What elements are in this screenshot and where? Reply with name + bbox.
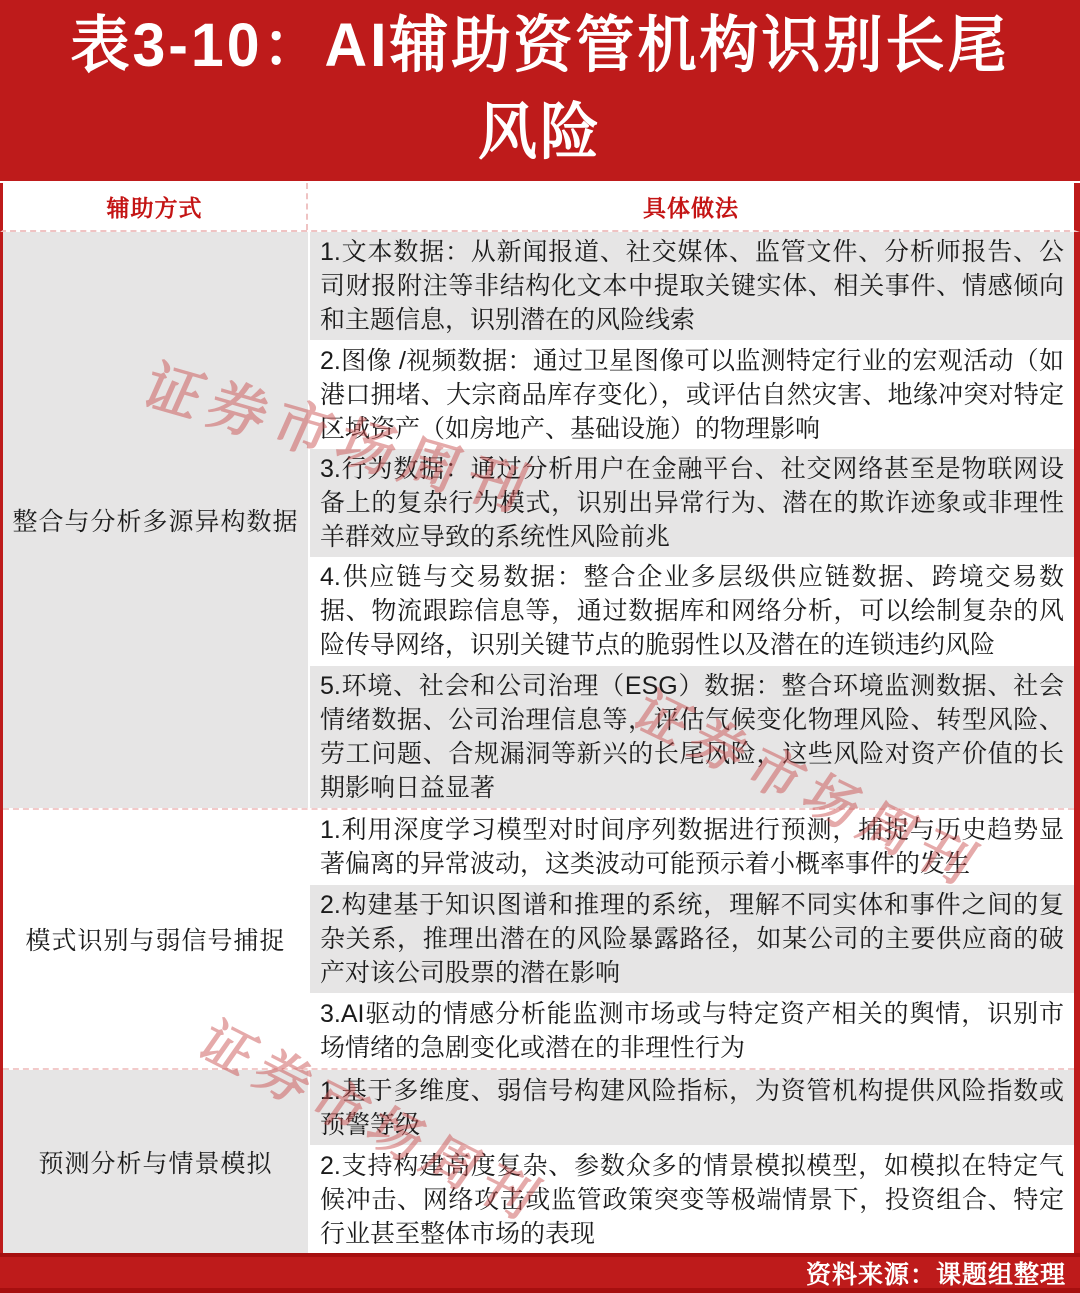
practice-row: 4.供应链与交易数据：整合企业多层级供应链数据、跨境交易数据、物流跟踪信息等，通… [310, 557, 1074, 665]
practice-text: 1.基于多维度、弱信号构建风险指标，为资管机构提供风险指数或预警等级 [320, 1074, 1064, 1142]
practice-row: 2.支持构建高度复杂、参数众多的情景模拟模型，如模拟在特定气候冲击、网络攻击或监… [310, 1145, 1074, 1254]
table-figure: 表3-10：AI辅助资管机构识别长尾 风险 辅助方式 具体做法 整合与分析多源异… [0, 0, 1080, 1293]
practice-row: 3.行为数据：通过分析用户在金融平台、社交网络甚至是物联网设备上的复杂行为模式，… [310, 449, 1074, 557]
practice-row: 1.利用深度学习模型对时间序列数据进行预测，捕捉与历史趋势显著偏离的异常波动，这… [310, 810, 1074, 885]
table-group: 模式识别与弱信号捕捉 1.利用深度学习模型对时间序列数据进行预测，捕捉与历史趋势… [3, 808, 1074, 1068]
practice-text: 2.图像 /视频数据：通过卫星图像可以监测特定行业的宏观活动（如港口拥堵、大宗商… [320, 344, 1064, 446]
practice-rows: 1.基于多维度、弱信号构建风险指标，为资管机构提供风险指数或预警等级2.支持构建… [308, 1070, 1074, 1254]
table-body: 整合与分析多源异构数据 1.文本数据：从新闻报道、社交媒体、监管文件、分析师报告… [0, 232, 1080, 1254]
practice-row: 1.基于多维度、弱信号构建风险指标，为资管机构提供风险指数或预警等级 [310, 1070, 1074, 1145]
practice-text: 2.构建基于知识图谱和推理的系统，理解不同实体和事件之间的复杂关系，推理出潜在的… [320, 888, 1064, 990]
column-header-row: 辅助方式 具体做法 [0, 183, 1080, 232]
method-cell: 模式识别与弱信号捕捉 [3, 810, 308, 1068]
table-group: 预测分析与情景模拟 1.基于多维度、弱信号构建风险指标，为资管机构提供风险指数或… [3, 1068, 1074, 1254]
table-title-line1: 表3-10：AI辅助资管机构识别长尾 [0, 0, 1080, 90]
method-cell: 整合与分析多源异构数据 [3, 232, 308, 808]
practice-row: 2.构建基于知识图谱和推理的系统，理解不同实体和事件之间的复杂关系，推理出潜在的… [310, 885, 1074, 994]
table-title-banner: 表3-10：AI辅助资管机构识别长尾 风险 [0, 0, 1080, 181]
practice-text: 2.支持构建高度复杂、参数众多的情景模拟模型，如模拟在特定气候冲击、网络攻击或监… [320, 1149, 1064, 1251]
source-bar: 资料来源：课题组整理 [0, 1253, 1080, 1293]
column-header-method: 辅助方式 [3, 183, 308, 230]
table-title-line2: 风险 [0, 87, 1080, 177]
method-cell: 预测分析与情景模拟 [3, 1070, 308, 1254]
practice-text: 4.供应链与交易数据：整合企业多层级供应链数据、跨境交易数据、物流跟踪信息等，通… [320, 560, 1064, 662]
practice-row: 3.AI驱动的情感分析能监测市场或与特定资产相关的舆情，识别市场情绪的急剧变化或… [310, 993, 1074, 1068]
practice-row: 2.图像 /视频数据：通过卫星图像可以监测特定行业的宏观活动（如港口拥堵、大宗商… [310, 340, 1074, 448]
practice-text: 5.环境、社会和公司治理（ESG）数据：整合环境监测数据、社会情绪数据、公司治理… [320, 669, 1064, 805]
practice-text: 1.文本数据：从新闻报道、社交媒体、监管文件、分析师报告、公司财报附注等非结构化… [320, 235, 1064, 337]
practice-text: 3.AI驱动的情感分析能监测市场或与特定资产相关的舆情，识别市场情绪的急剧变化或… [320, 997, 1064, 1065]
column-header-practice: 具体做法 [308, 183, 1074, 230]
source-text: 资料来源：课题组整理 [806, 1255, 1066, 1291]
practice-row: 5.环境、社会和公司治理（ESG）数据：整合环境监测数据、社会情绪数据、公司治理… [310, 666, 1074, 808]
practice-rows: 1.文本数据：从新闻报道、社交媒体、监管文件、分析师报告、公司财报附注等非结构化… [308, 232, 1074, 808]
table-group: 整合与分析多源异构数据 1.文本数据：从新闻报道、社交媒体、监管文件、分析师报告… [3, 232, 1074, 808]
practice-row: 1.文本数据：从新闻报道、社交媒体、监管文件、分析师报告、公司财报附注等非结构化… [310, 232, 1074, 340]
practice-text: 1.利用深度学习模型对时间序列数据进行预测，捕捉与历史趋势显著偏离的异常波动，这… [320, 813, 1064, 881]
practice-rows: 1.利用深度学习模型对时间序列数据进行预测，捕捉与历史趋势显著偏离的异常波动，这… [308, 810, 1074, 1068]
practice-text: 3.行为数据：通过分析用户在金融平台、社交网络甚至是物联网设备上的复杂行为模式，… [320, 452, 1064, 554]
